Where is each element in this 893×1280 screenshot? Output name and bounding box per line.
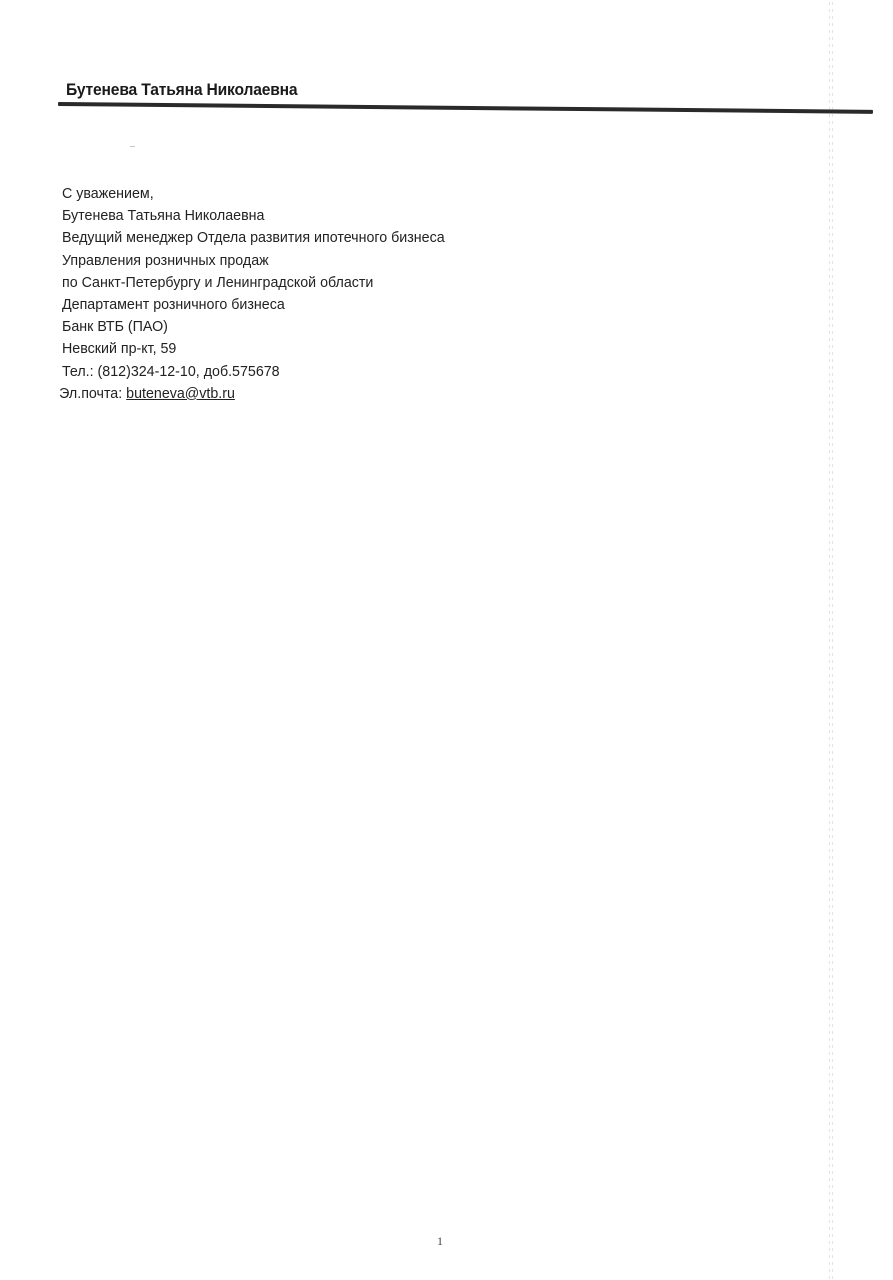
header-divider (58, 102, 873, 114)
closing-line: С уважением, (62, 183, 445, 205)
email-link[interactable]: buteneva@vtb.ru (126, 385, 235, 402)
department-line-1: Управления розничных продаж (62, 250, 445, 272)
division: Департамент розничного бизнеса (62, 294, 445, 316)
email-line: Эл.почта: buteneva@vtb.ru (59, 383, 444, 405)
signer-name: Бутенева Татьяна Николаевна (62, 205, 445, 227)
document-page: Бутенева Татьяна Николаевна С уважением,… (0, 0, 893, 1280)
department-line-2: по Санкт-Петербургу и Ленинградской обла… (62, 272, 445, 294)
bank-name: Банк ВТБ (ПАО) (62, 316, 445, 338)
signature-block: С уважением, Бутенева Татьяна Николаевна… (62, 183, 445, 405)
scan-artifact (828, 0, 834, 1280)
scan-speck (130, 146, 135, 147)
page-number: 1 (437, 1234, 443, 1249)
header-name: Бутенева Татьяна Николаевна (66, 80, 297, 100)
address: Невский пр-кт, 59 (62, 338, 445, 360)
phone: Тел.: (812)324-12-10, доб.575678 (62, 361, 445, 383)
email-label: Эл.почта: (59, 385, 122, 402)
signer-position: Ведущий менеджер Отдела развития ипотечн… (62, 227, 445, 249)
